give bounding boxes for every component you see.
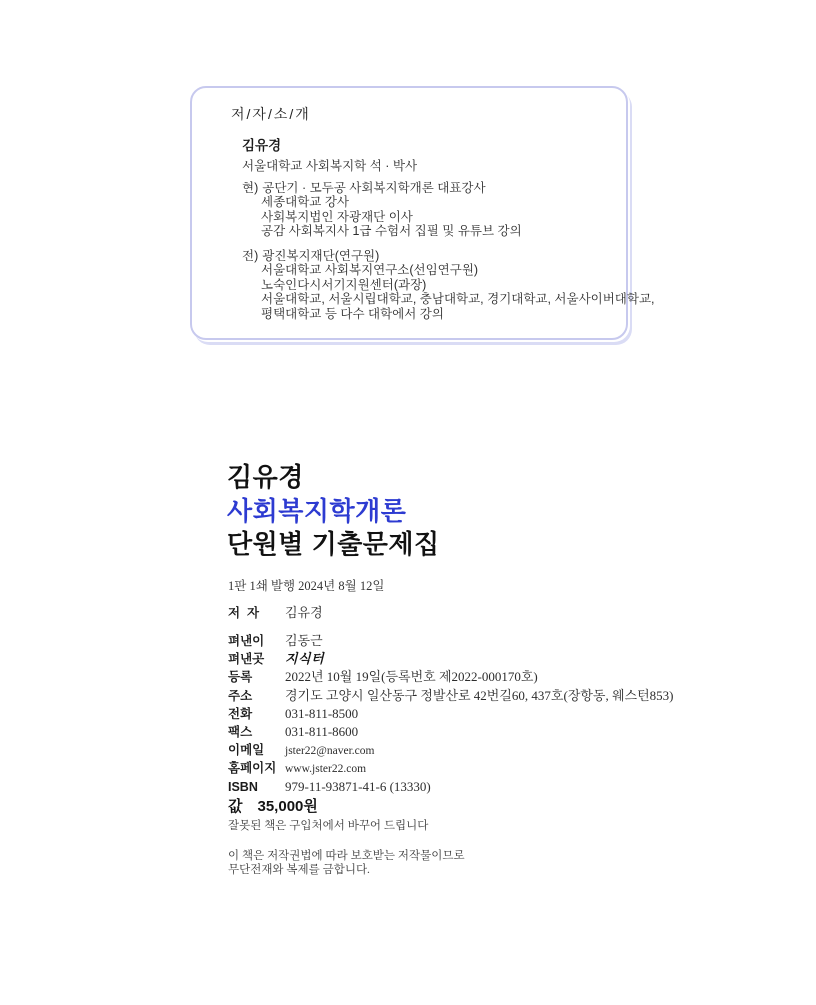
colophon-value-isbn: 979-11-93871-41-6 (13330) <box>285 778 431 795</box>
career-item: 광진복지재단(연구원) <box>262 249 379 263</box>
colophon-row-fax: 팩스 031-811-8600 <box>228 723 674 741</box>
publisher-logo-text: 지식터 <box>285 650 324 667</box>
colophon-row-registration: 등록 2022년 10월 19일(등록번호 제2022-000170호) <box>228 668 674 686</box>
career-current-prefix: 현) <box>242 181 258 195</box>
colophon-row-isbn: ISBN 979-11-93871-41-6 (13330) <box>228 778 674 796</box>
career-item: 공감 사회복지사 1급 수험서 집필 및 유튜브 강의 <box>242 224 522 238</box>
book-title-type: 단원별 기출문제집 <box>227 528 440 562</box>
book-title-author: 김유경 <box>227 461 440 495</box>
career-item: 서울대학교 사회복지연구소(선임연구원) <box>242 263 655 277</box>
price-line: 값35,000원 <box>228 795 318 816</box>
colophon-label: 펴낸이 <box>228 633 285 650</box>
exchange-note: 잘못된 책은 구입처에서 바꾸어 드립니다 <box>228 817 428 833</box>
author-former-career: 전)광진복지재단(연구원) 서울대학교 사회복지연구소(선임연구원) 노숙인다시… <box>242 249 655 321</box>
colophon-row-homepage: 홈페이지 www.jster22.com <box>228 760 674 778</box>
colophon-label: 이메일 <box>228 742 285 759</box>
colophon-value: 김동근 <box>285 632 323 649</box>
colophon-row-email: 이메일 jster22@naver.com <box>228 742 674 760</box>
colophon-value: 2022년 10월 19일(등록번호 제2022-000170호) <box>285 668 538 685</box>
colophon-value-homepage: www.jster22.com <box>285 761 366 778</box>
colophon-value: 031-811-8600 <box>285 723 358 740</box>
author-degree: 서울대학교 사회복지학 석 · 박사 <box>242 156 417 174</box>
book-title: 김유경 사회복지학개론 단원별 기출문제집 <box>227 461 440 562</box>
colophon-row-publisher-company: 펴낸곳 지식터 <box>228 650 674 668</box>
copyright-notice: 이 책은 저작권법에 따라 보호받는 저작물이므로 무단전재와 복제를 금합니다… <box>228 850 465 878</box>
career-item: 사회복지법인 자광재단 이사 <box>242 210 522 224</box>
colophon-label: 등록 <box>228 669 285 686</box>
colophon-label: 전화 <box>228 706 285 723</box>
price-value: 35,000원 <box>258 798 318 815</box>
career-item: 노숙인다시서기지원센터(과장) <box>242 278 655 292</box>
colophon-value: 경기도 고양시 일산동구 정발산로 42번길60, 437호(장항동, 웨스턴8… <box>285 687 674 704</box>
colophon-value: 김유경 <box>285 604 323 621</box>
colophon-label: ISBN <box>228 779 285 796</box>
copyright-line-2: 무단전재와 복제를 금합니다. <box>228 864 465 878</box>
colophon-label: 팩스 <box>228 724 285 741</box>
career-line: 전)광진복지재단(연구원) <box>242 249 655 263</box>
colophon-table: 저 자 김유경 펴낸이 김동근 펴낸곳 지식터 등록 2022년 10월 19일… <box>228 604 674 796</box>
colophon-label: 저 자 <box>228 605 285 622</box>
colophon-value: 031-811-8500 <box>285 705 358 722</box>
author-intro-box: 저/자/소/개 김유경 서울대학교 사회복지학 석 · 박사 현)공단기 · 모… <box>190 86 628 340</box>
edition-info: 1판 1쇄 발행 2024년 8월 12일 <box>228 576 384 594</box>
book-title-subject: 사회복지학개론 <box>227 495 440 529</box>
author-current-career: 현)공단기 · 모두공 사회복지학개론 대표강사 세종대학교 강사 사회복지법인… <box>242 181 522 239</box>
colophon-row-publisher-person: 펴낸이 김동근 <box>228 632 674 650</box>
colophon-row-address: 주소 경기도 고양시 일산동구 정발산로 42번길60, 437호(장항동, 웨… <box>228 687 674 705</box>
price-label: 값 <box>228 798 243 815</box>
colophon-label: 주소 <box>228 688 285 705</box>
career-line: 현)공단기 · 모두공 사회복지학개론 대표강사 <box>242 181 522 195</box>
author-box-title: 저/자/소/개 <box>231 104 311 124</box>
colophon-label: 펴낸곳 <box>228 651 285 668</box>
career-former-prefix: 전) <box>242 249 258 263</box>
book-colophon-page: 저/자/소/개 김유경 서울대학교 사회복지학 석 · 박사 현)공단기 · 모… <box>0 0 816 1005</box>
colophon-value-email: jster22@naver.com <box>285 743 374 760</box>
colophon-label: 홈페이지 <box>228 760 285 777</box>
career-item: 서울대학교, 서울시립대학교, 충남대학교, 경기대학교, 서울사이버대학교, <box>242 292 655 306</box>
author-name: 김유경 <box>242 134 281 154</box>
colophon-row-author: 저 자 김유경 <box>228 604 674 622</box>
career-item: 세종대학교 강사 <box>242 195 522 209</box>
career-item: 평택대학교 등 다수 대학에서 강의 <box>242 307 655 321</box>
career-item: 공단기 · 모두공 사회복지학개론 대표강사 <box>262 181 485 195</box>
copyright-line-1: 이 책은 저작권법에 따라 보호받는 저작물이므로 <box>228 850 465 864</box>
colophon-row-phone: 전화 031-811-8500 <box>228 705 674 723</box>
